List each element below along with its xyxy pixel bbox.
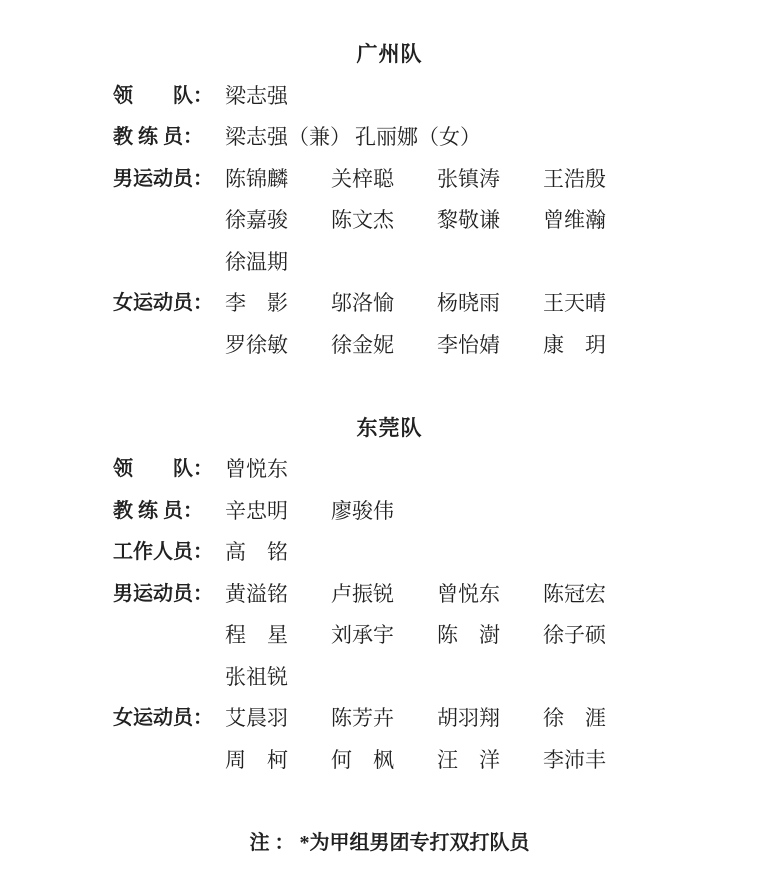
names-line: 周 柯 何 枫 汪 洋 李沛丰 xyxy=(225,740,779,782)
person-name: 高 铭 xyxy=(225,532,327,574)
names-line: 黄溢铭 卢振锐 曾悦东 陈冠宏 xyxy=(225,574,779,616)
role-label: 教 练 员： xyxy=(113,117,225,159)
person-name: 曾悦东 xyxy=(225,449,327,491)
person-name: 张镇涛 xyxy=(437,159,539,201)
person-name: 罗徐敏 xyxy=(225,325,327,367)
person-name: 李怡婧 xyxy=(437,325,539,367)
person-name: 徐金妮 xyxy=(331,325,433,367)
person-name: 孔丽娜（女） xyxy=(355,117,481,159)
role-row-staff: 工作人员： 高 铭 xyxy=(0,532,779,574)
person-name: 王浩殷 xyxy=(543,159,645,201)
person-name: 康 玥 xyxy=(543,325,645,367)
names-line: 梁志强（兼） 孔丽娜（女） xyxy=(225,117,779,159)
role-label: 领 队： xyxy=(113,76,225,118)
person-name: 曾维瀚 xyxy=(543,200,645,242)
person-name: 艾晨羽 xyxy=(225,698,327,740)
person-name: 李 影 xyxy=(225,283,327,325)
names-line: 梁志强 xyxy=(225,76,779,118)
role-row-male-athletes: 男运动员： 陈锦麟 关梓聪 张镇涛 王浩殷 徐嘉骏 陈文杰 黎敬谦 曾维瀚 徐温… xyxy=(0,159,779,284)
person-name: 辛忠明 xyxy=(225,491,327,533)
section-gap xyxy=(0,366,779,408)
person-name: 廖骏伟 xyxy=(331,491,433,533)
person-name: 关梓聪 xyxy=(331,159,433,201)
person-name: 陈锦麟 xyxy=(225,159,327,201)
person-name: 徐温期 xyxy=(225,242,327,284)
names-line: 高 铭 xyxy=(225,532,779,574)
role-row-coaches: 教 练 员： 梁志强（兼） 孔丽娜（女） xyxy=(0,117,779,159)
person-name: 程 星 xyxy=(225,615,327,657)
person-name: 陈冠宏 xyxy=(543,574,645,616)
person-name: 陈 澍 xyxy=(437,615,539,657)
person-name: 周 柯 xyxy=(225,740,327,782)
role-row-coaches: 教 练 员： 辛忠明 廖骏伟 xyxy=(0,491,779,533)
person-name: 汪 洋 xyxy=(437,740,539,782)
person-name: 徐子硕 xyxy=(543,615,645,657)
person-name: 杨晓雨 xyxy=(437,283,539,325)
person-name: 王天晴 xyxy=(543,283,645,325)
team-title: 东莞队 xyxy=(0,408,779,450)
names-block: 艾晨羽 陈芳卉 胡羽翔 徐 涯 周 柯 何 枫 汪 洋 李沛丰 xyxy=(225,698,779,781)
names-block: 黄溢铭 卢振锐 曾悦东 陈冠宏 程 星 刘承宇 陈 澍 徐子硕 张祖锐 xyxy=(225,574,779,699)
names-block: 梁志强 xyxy=(225,76,779,118)
person-name: 黎敬谦 xyxy=(437,200,539,242)
names-block: 曾悦东 xyxy=(225,449,779,491)
person-name: 梁志强 xyxy=(225,76,327,118)
names-block: 辛忠明 廖骏伟 xyxy=(225,491,779,533)
person-name: 胡羽翔 xyxy=(437,698,539,740)
person-name: 陈文杰 xyxy=(331,200,433,242)
role-label: 男运动员： xyxy=(113,159,225,201)
names-line: 程 星 刘承宇 陈 澍 徐子硕 xyxy=(225,615,779,657)
person-name: 徐 涯 xyxy=(543,698,645,740)
role-label: 女运动员： xyxy=(113,698,225,740)
roster-document-page: 广州队 领 队： 梁志强 教 练 员： 梁志强（兼） 孔丽娜（女） 男运动员： xyxy=(0,0,779,884)
role-row-team-leader: 领 队： 梁志强 xyxy=(0,76,779,118)
person-name: 刘承宇 xyxy=(331,615,433,657)
person-name: 卢振锐 xyxy=(331,574,433,616)
role-label: 领 队： xyxy=(113,449,225,491)
person-name: 黄溢铭 xyxy=(225,574,327,616)
names-block: 陈锦麟 关梓聪 张镇涛 王浩殷 徐嘉骏 陈文杰 黎敬谦 曾维瀚 徐温期 xyxy=(225,159,779,284)
person-name: 邬洛愉 xyxy=(331,283,433,325)
person-name: 李沛丰 xyxy=(543,740,645,782)
names-block: 李 影 邬洛愉 杨晓雨 王天晴 罗徐敏 徐金妮 李怡婧 康 玥 xyxy=(225,283,779,366)
section-gap xyxy=(0,781,779,823)
person-name: 梁志强（兼） xyxy=(225,117,351,159)
team-section-guangzhou: 广州队 领 队： 梁志强 教 练 员： 梁志强（兼） 孔丽娜（女） 男运动员： xyxy=(0,34,779,366)
names-line: 徐温期 xyxy=(225,242,779,284)
role-row-male-athletes: 男运动员： 黄溢铭 卢振锐 曾悦东 陈冠宏 程 星 刘承宇 陈 澍 徐子硕 张祖… xyxy=(0,574,779,699)
role-row-team-leader: 领 队： 曾悦东 xyxy=(0,449,779,491)
names-line: 罗徐敏 徐金妮 李怡婧 康 玥 xyxy=(225,325,779,367)
person-name: 何 枫 xyxy=(331,740,433,782)
role-row-female-athletes: 女运动员： 艾晨羽 陈芳卉 胡羽翔 徐 涯 周 柯 何 枫 汪 洋 李沛丰 xyxy=(0,698,779,781)
footnote: 注 ： *为甲组男团专打双打队员 xyxy=(0,823,779,865)
names-line: 陈锦麟 关梓聪 张镇涛 王浩殷 xyxy=(225,159,779,201)
person-name: 徐嘉骏 xyxy=(225,200,327,242)
names-block: 梁志强（兼） 孔丽娜（女） xyxy=(225,117,779,159)
person-name: 曾悦东 xyxy=(437,574,539,616)
person-name: 张祖锐 xyxy=(225,657,327,699)
names-line: 曾悦东 xyxy=(225,449,779,491)
names-line: 艾晨羽 陈芳卉 胡羽翔 徐 涯 xyxy=(225,698,779,740)
role-label: 女运动员： xyxy=(113,283,225,325)
role-label: 工作人员： xyxy=(113,532,225,574)
person-name: 陈芳卉 xyxy=(331,698,433,740)
role-label: 教 练 员： xyxy=(113,491,225,533)
role-label: 男运动员： xyxy=(113,574,225,616)
names-line: 辛忠明 廖骏伟 xyxy=(225,491,779,533)
team-section-dongguan: 东莞队 领 队： 曾悦东 教 练 员： 辛忠明 廖骏伟 工作人员： xyxy=(0,408,779,782)
names-block: 高 铭 xyxy=(225,532,779,574)
names-line: 徐嘉骏 陈文杰 黎敬谦 曾维瀚 xyxy=(225,200,779,242)
team-title: 广州队 xyxy=(0,34,779,76)
names-line: 李 影 邬洛愉 杨晓雨 王天晴 xyxy=(225,283,779,325)
role-row-female-athletes: 女运动员： 李 影 邬洛愉 杨晓雨 王天晴 罗徐敏 徐金妮 李怡婧 康 玥 xyxy=(0,283,779,366)
names-line: 张祖锐 xyxy=(225,657,779,699)
